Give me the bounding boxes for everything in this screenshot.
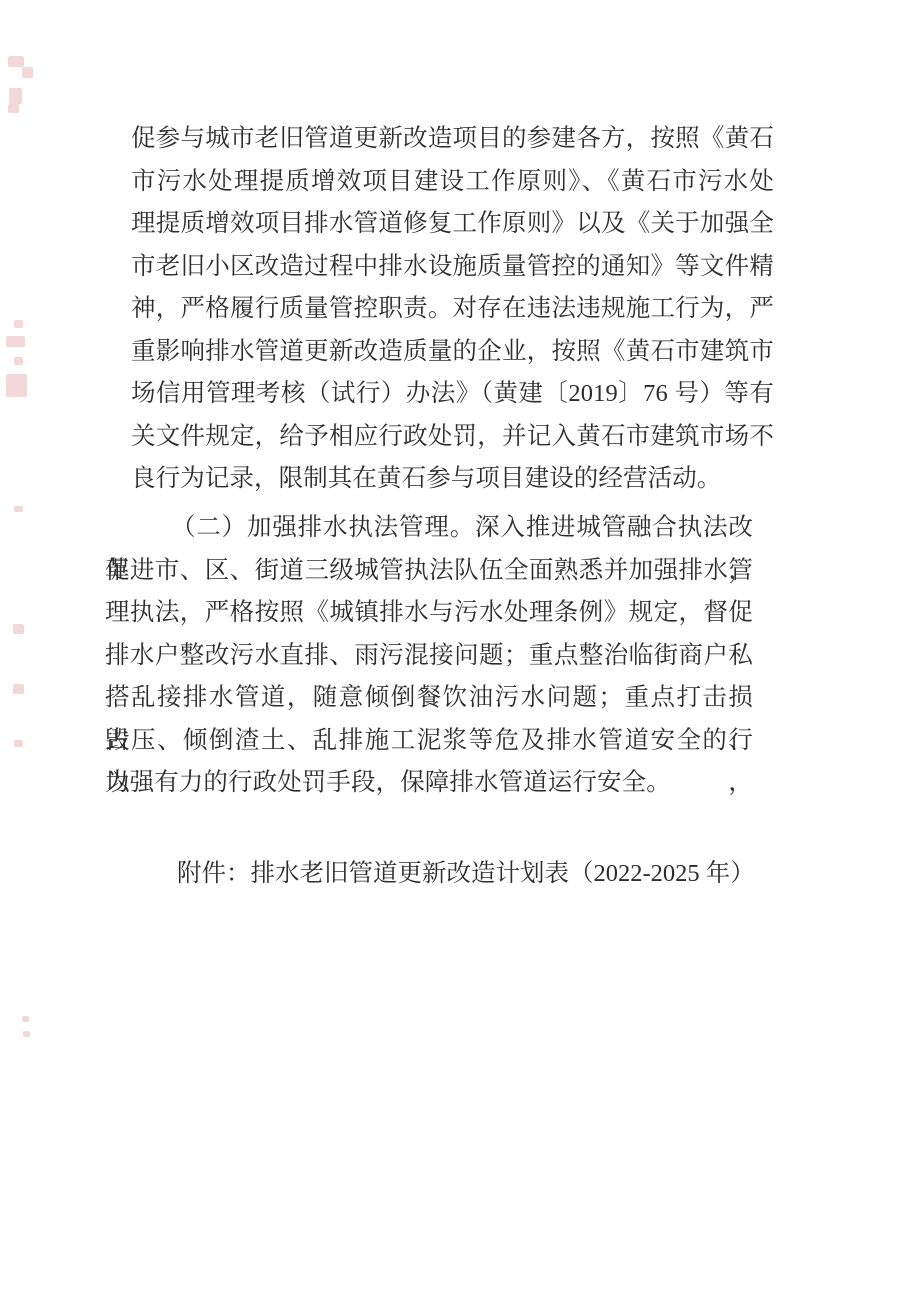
scan-artifact-mark — [14, 740, 23, 747]
body-line: 排水户整改污水直排、雨污混接问题；重点整治临街商户私 — [105, 635, 753, 678]
body-line: 搭乱接排水管道，随意倾倒餐饮油污水问题；重点打击损毁、 — [105, 677, 753, 720]
body-line: 促参与城市老旧管道更新改造项目的参建各方，按照《黄石 — [131, 118, 774, 161]
scan-artifact-mark — [8, 56, 24, 67]
scan-artifact-mark — [23, 1031, 30, 1037]
paragraph-1: 促参与城市老旧管道更新改造项目的参建各方，按照《黄石 市污水处理提质增效项目建设… — [131, 118, 774, 501]
body-line: 市污水处理提质增效项目建设工作原则》、《黄石市污水处 — [131, 161, 774, 204]
scan-artifact-mark — [13, 684, 24, 694]
body-line: 占压、倾倒渣土、乱排施工泥浆等危及排水管道安全的行为， — [105, 720, 753, 763]
scan-artifact-mark — [22, 1016, 29, 1022]
scan-artifact-mark — [13, 624, 24, 634]
body-line: 场信用管理考核（试行）办法》（黄建〔2019〕76 号）等有 — [131, 373, 774, 416]
scan-artifact-mark — [14, 320, 23, 328]
scanned-document-page: 促参与城市老旧管道更新改造项目的参建各方，按照《黄石 市污水处理提质增效项目建设… — [0, 0, 920, 1300]
scan-artifact-mark — [9, 88, 22, 104]
body-line: 促进市、区、街道三级城管执法队伍全面熟悉并加强排水管 — [105, 550, 753, 593]
body-line: 市老旧小区改造过程中排水设施质量管控的通知》等文件精 — [131, 246, 774, 289]
body-line: 以强有力的行政处罚手段，保障排水管道运行安全。 — [105, 762, 753, 805]
attachment-note-line: 附件：排水老旧管道更新改造计划表（2022-2025 年） — [105, 853, 785, 896]
body-line: （二）加强排水执法管理。深入推进城管融合执法改革， — [105, 507, 753, 550]
body-line: 关文件规定，给予相应行政处罚，并记入黄石市建筑市场不 — [131, 416, 774, 459]
scan-artifact-mark — [14, 506, 23, 512]
scan-artifact-mark — [6, 336, 25, 347]
scan-artifact-mark — [22, 67, 33, 78]
body-line: 神，严格履行质量管控职责。对存在违法违规施工行为，严 — [131, 288, 774, 331]
body-line: 重影响排水管道更新改造质量的企业，按照《黄石市建筑市 — [131, 331, 774, 374]
scan-artifact-mark — [8, 104, 19, 113]
scan-artifact-mark — [14, 357, 23, 365]
scan-artifact-mark — [6, 374, 27, 397]
body-line: 理提质增效项目排水管道修复工作原则》以及《关于加强全 — [131, 203, 774, 246]
body-line: 良行为记录，限制其在黄石参与项目建设的经营活动。 — [131, 458, 774, 501]
paragraph-2: （二）加强排水执法管理。深入推进城管融合执法改革， 促进市、区、街道三级城管执法… — [105, 507, 753, 805]
body-line: 理执法，严格按照《城镇排水与污水处理条例》规定，督促 — [105, 592, 753, 635]
